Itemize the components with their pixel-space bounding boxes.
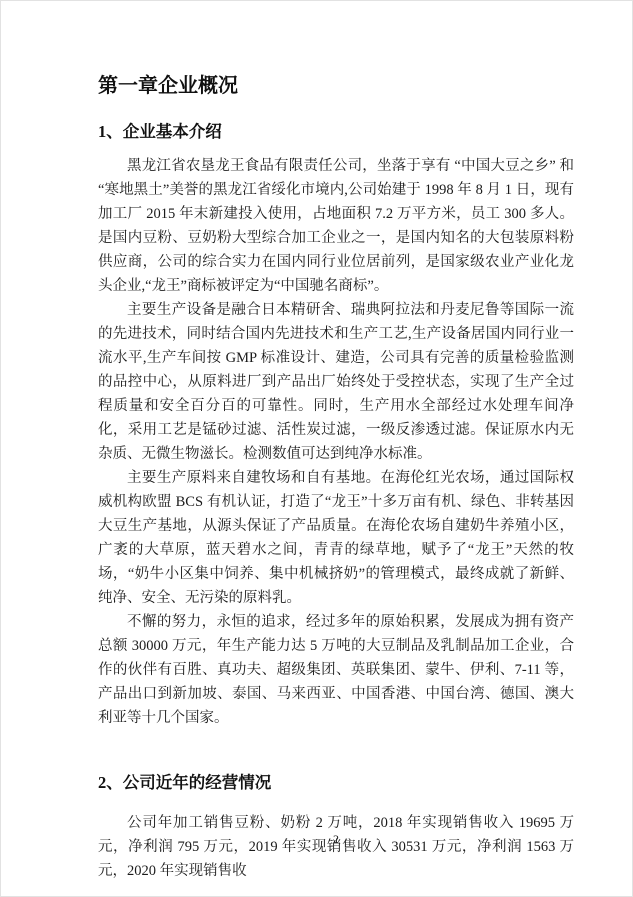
section-heading-1: 1、企业基本介绍 [98, 121, 574, 143]
paragraph-raw-materials: 主要生产原料来自建牧场和自有基地。在海伦红光农场，通过国际权威机构欧盟 BCS … [98, 466, 574, 610]
paragraph-company-intro: 黑龙江省农垦龙王食品有限责任公司，坐落于享有 “中国大豆之乡” 和 “寒地黑土”… [98, 154, 574, 298]
page-number: 2 [98, 831, 574, 847]
chapter-title: 第一章企业概况 [98, 73, 574, 99]
paragraph-production-equipment: 主要生产设备是融合日本精研舍、瑞典阿拉法和丹麦尼鲁等国际一流的先进技术，同时结合… [98, 298, 574, 466]
paragraph-company-growth: 不懈的努力，永恒的追求，经过多年的原始积累，发展成为拥有资产总额 30000 万… [98, 610, 574, 730]
section-heading-2: 2、公司近年的经营情况 [98, 772, 574, 794]
document-page: 第一章企业概况 1、企业基本介绍 黑龙江省农垦龙王食品有限责任公司，坐落于享有 … [0, 0, 633, 897]
paragraph-operating-results: 公司年加工销售豆粉、奶粉 2 万吨，2018 年实现销售收入 19695 万元，… [98, 811, 574, 883]
page-content: 第一章企业概况 1、企业基本介绍 黑龙江省农垦龙王食品有限责任公司，坐落于享有 … [98, 73, 574, 883]
